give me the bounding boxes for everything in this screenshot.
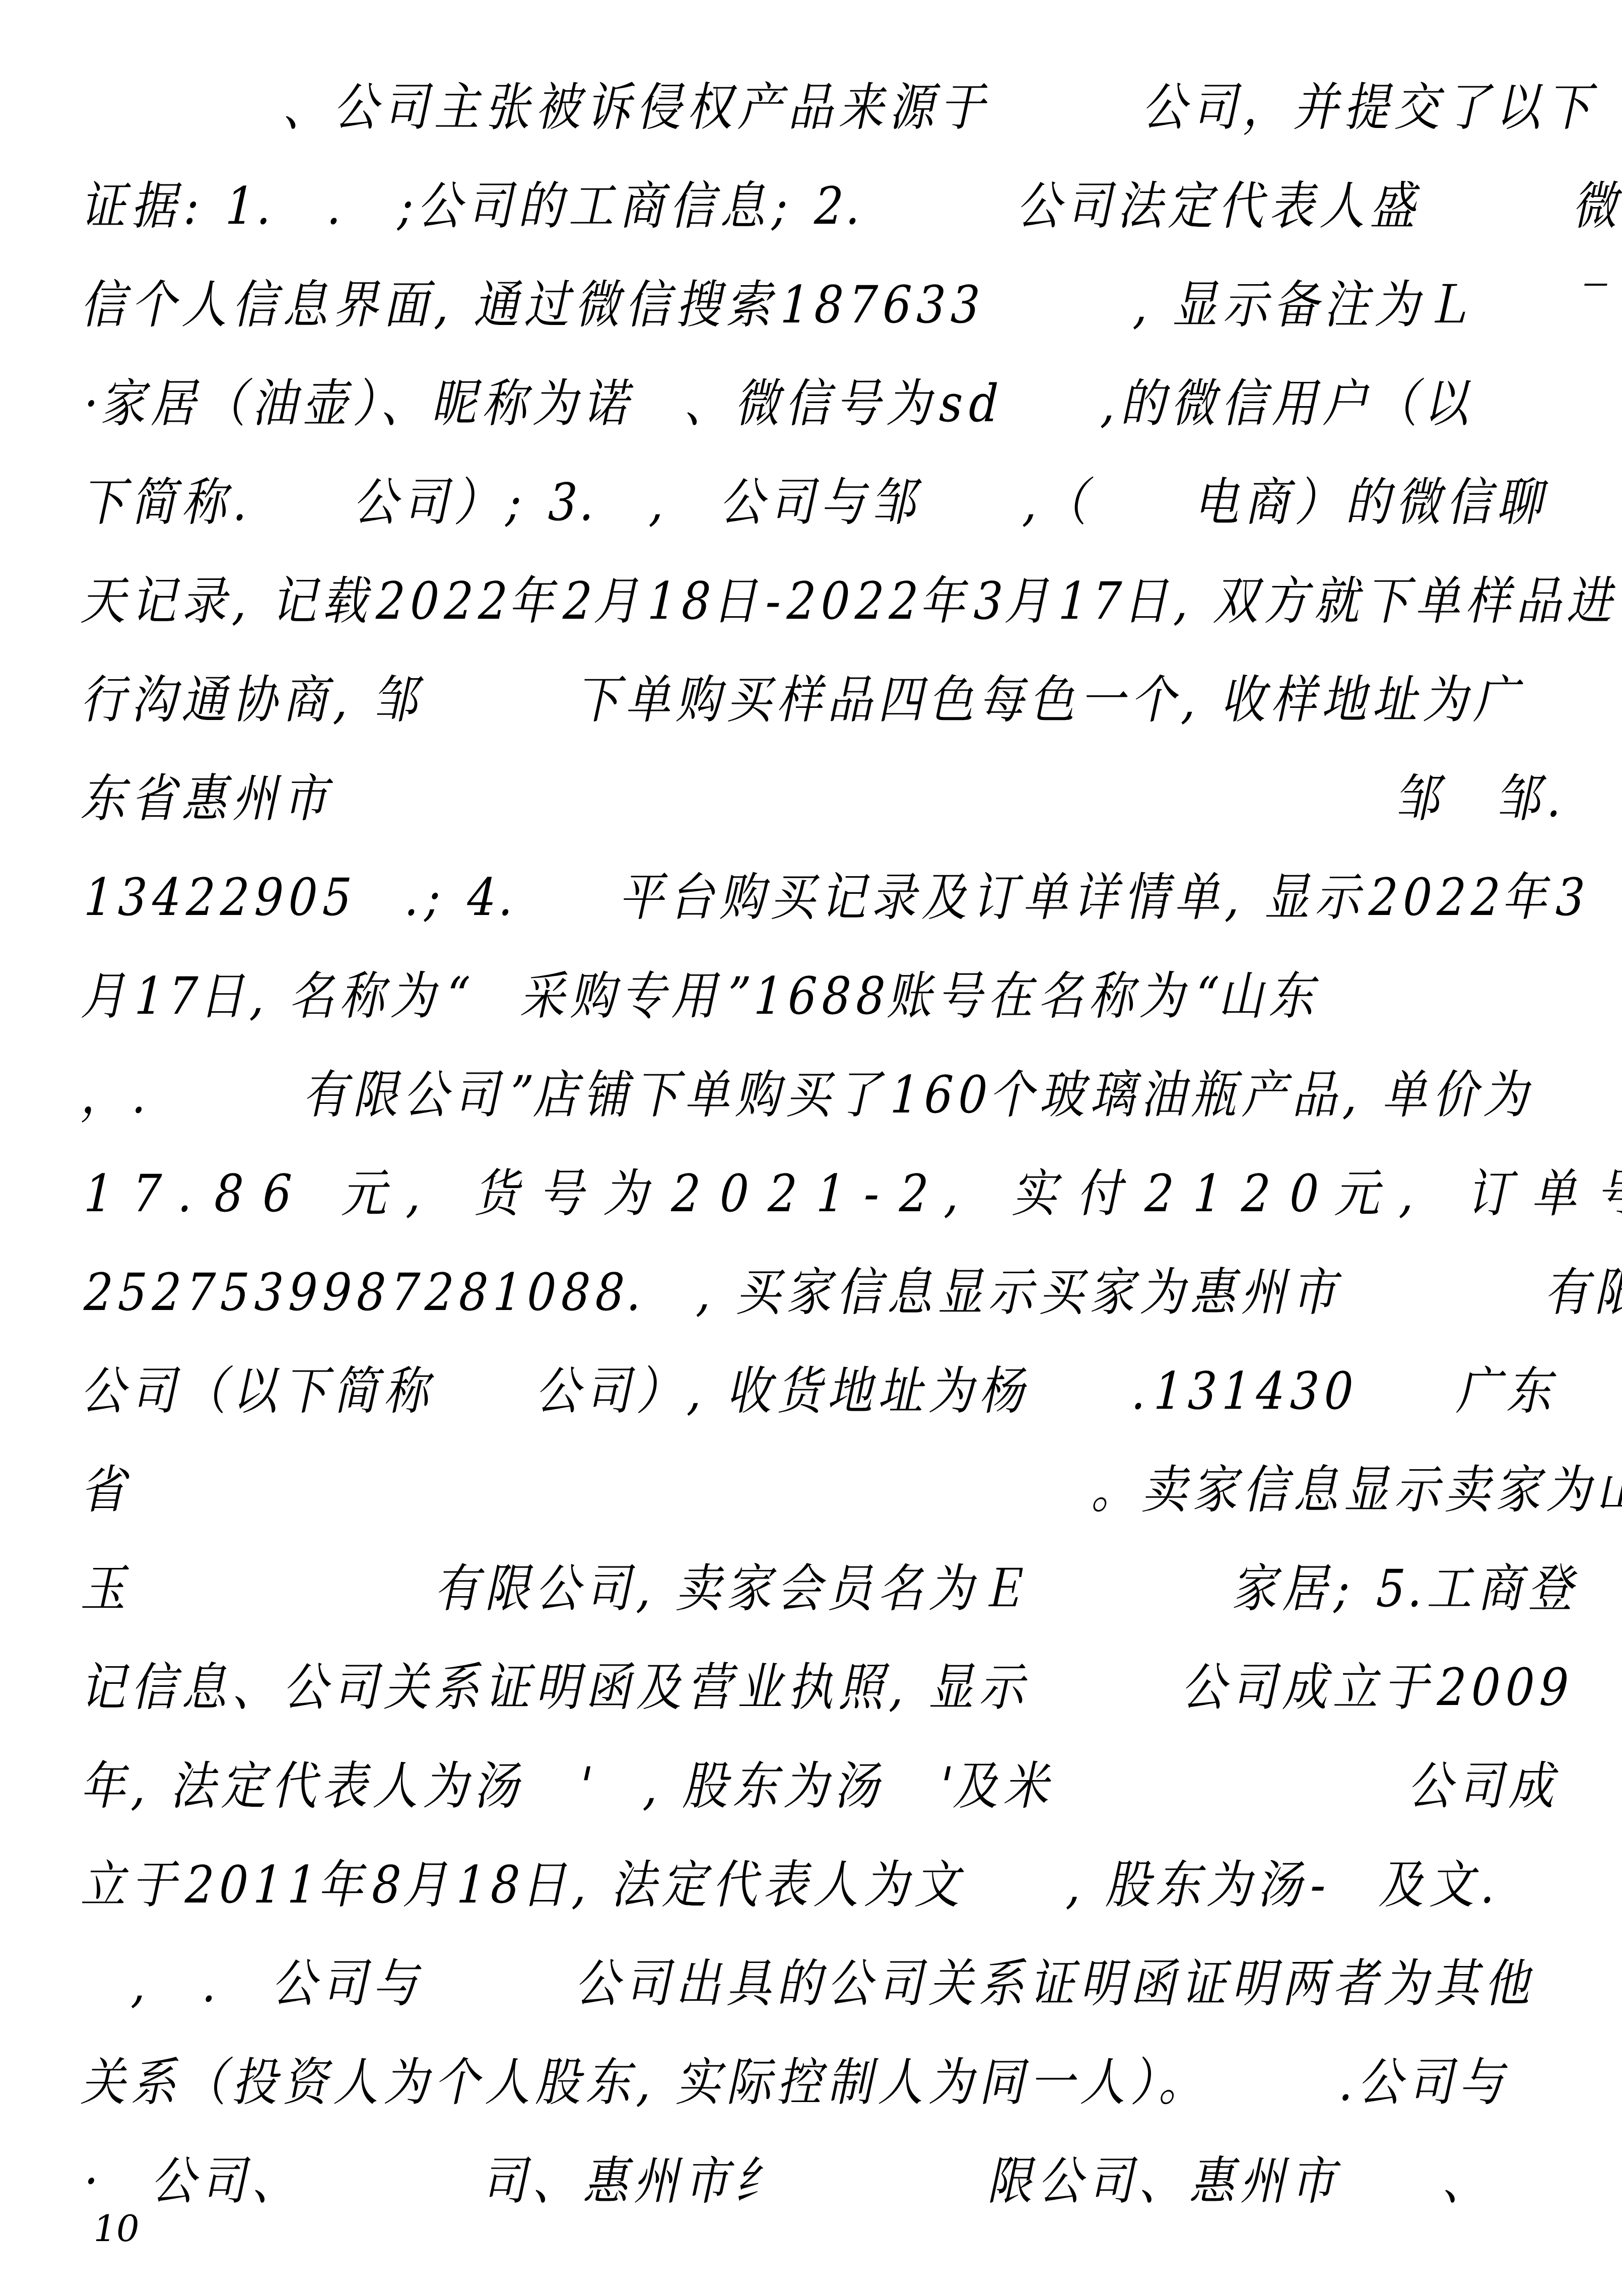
text-line: 月17日, 名称为“ 采购专用”1688账号在名称为“山东 (74, 947, 1425, 1046)
text-line: 17.86 元, 货号为2021-2, 实付2120元, 订单号为 (74, 1145, 1425, 1243)
text-line: 天记录, 记载2022年2月18日-2022年3月17日, 双方就下单样品进 (74, 552, 1425, 651)
document-text: 、公司主张被诉侵权产品来源于 公司，并提交了以下 证据: 1. . ;公司的工商… (77, 58, 1588, 2231)
text-line: 公司（以下简称 公司）, 收货地址为杨 .131430 广东 (74, 1342, 1425, 1441)
text-line: 13422905 .; 4. 平台购买记录及订单详情单, 显示2022年3 (74, 848, 1425, 947)
text-line: 2527539987281088. , 买家信息显示买家为惠州市 有限 (74, 1243, 1425, 1342)
page-number: 10 (88, 2201, 144, 2256)
text-line: 省 。卖家信息显示卖家为山东 (74, 1441, 1425, 1540)
text-line: 证据: 1. . ;公司的工商信息; 2. 公司法定代表人盛 微 (74, 157, 1425, 256)
document-page: 、公司主张被诉侵权产品来源于 公司，并提交了以下 证据: 1. . ;公司的工商… (0, 0, 1622, 2296)
text-line: 年, 法定代表人为汤 ' , 股东为汤 '及米 公司成 (74, 1737, 1425, 1836)
text-line: 关系（投资人为个人股东, 实际控制人为同一人）。 .公司与 (74, 2033, 1425, 2132)
text-line: ·家居（油壶）、昵称为诺 、微信号为sd ,的微信用户（以 (74, 355, 1425, 453)
text-line: 信个人信息界面, 通过微信搜索187633 , 显示备注为Ｌ ‾ (74, 256, 1425, 355)
text-line: 记信息、公司关系证明函及营业执照, 显示 公司成立于2009 (74, 1638, 1425, 1737)
text-line: · 公司、 司、惠州市纟 限公司、惠州市 、 (74, 2132, 1425, 2231)
text-line: 下简称. 公司）; 3. , 公司与邹 ,（ 电商）的微信聊 (74, 453, 1425, 552)
text-line: 东省惠州市 邹 邹. (74, 750, 1425, 848)
text-line: 玉 有限公司, 卖家会员名为Ｅ 家居; 5.工商登 (74, 1540, 1425, 1638)
text-line: 立于2011年8月18日, 法定代表人为文 , 股东为汤- 及文. (74, 1836, 1425, 1935)
text-line: ，. 有限公司”店铺下单购买了160个玻璃油瓶产品, 单价为 (74, 1046, 1425, 1145)
text-line: 、公司主张被诉侵权产品来源于 公司，并提交了以下 (74, 58, 1425, 157)
text-line: , . 公司与 公司出具的公司关系证明函证明两者为其他 (74, 1935, 1425, 2033)
text-line: 行沟通协商, 邹 下单购买样品四色每色一个, 收样地址为广 (74, 651, 1425, 750)
